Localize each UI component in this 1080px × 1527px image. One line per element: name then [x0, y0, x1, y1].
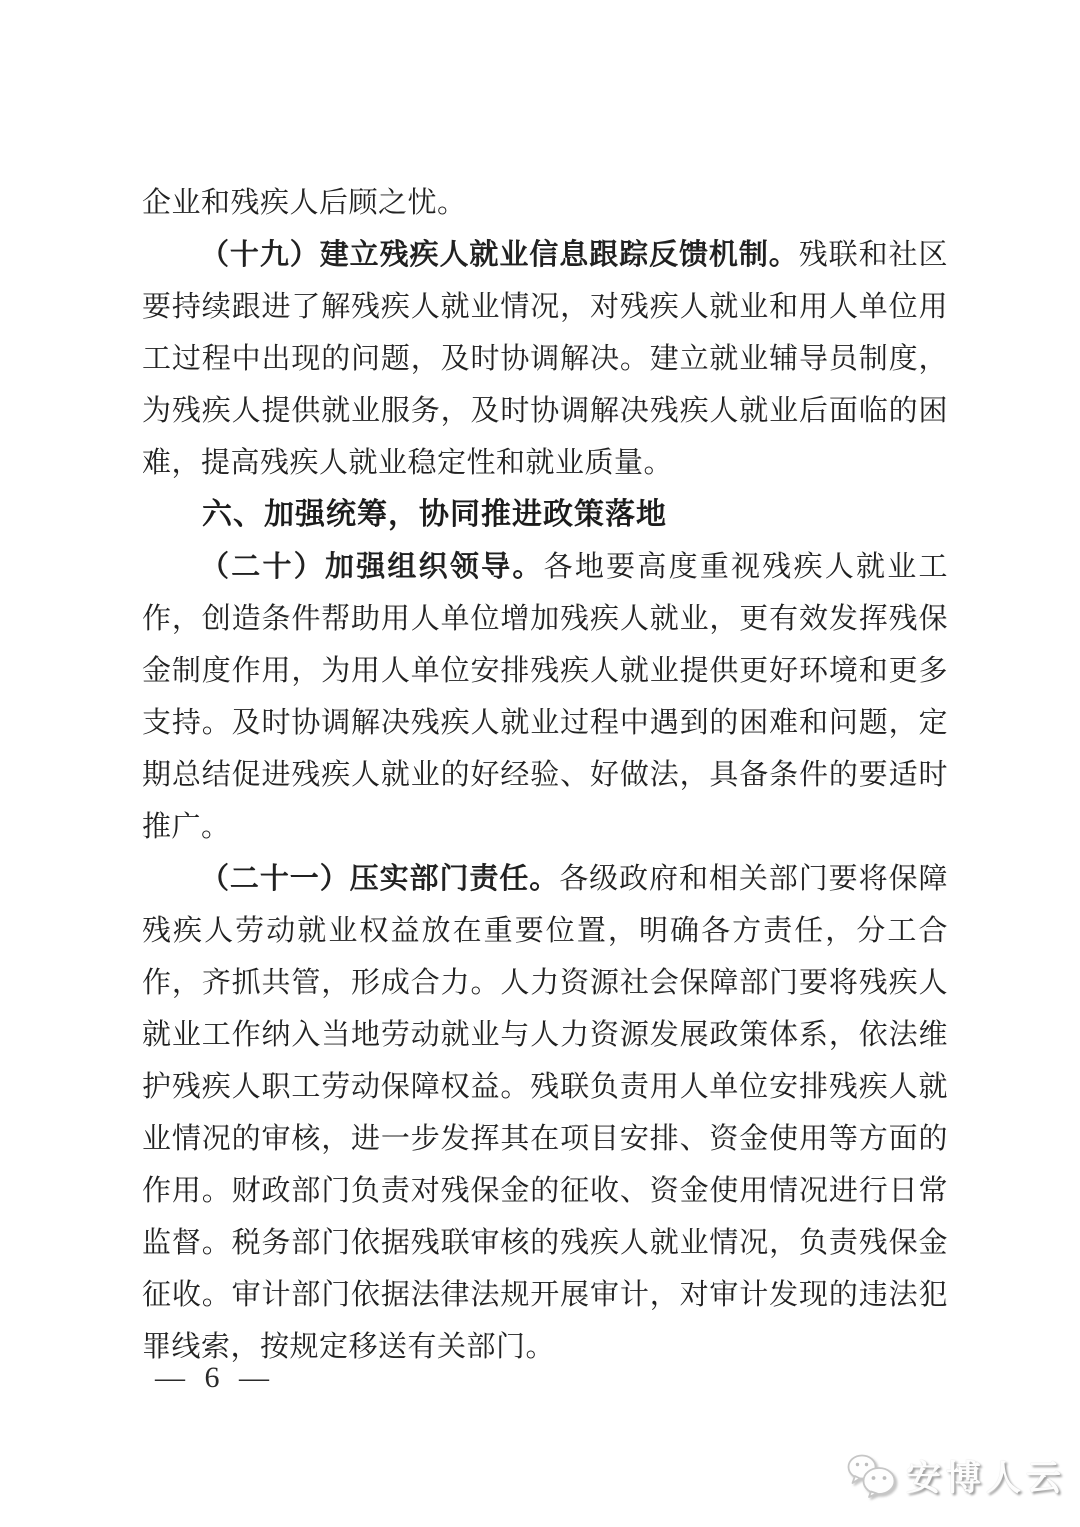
paragraph-continuation: 企业和残疾人后顾之忧。 — [142, 177, 948, 229]
paragraph-twenty-text: 各地要高度重视残疾人就业工作，创造条件帮助用人单位增加残疾人就业，更有效发挥残保… — [142, 551, 948, 843]
watermark: 安博人云 — [846, 1451, 1066, 1501]
paragraph-twenty-lead: （二十）加强组织领导。 — [200, 551, 544, 583]
wechat-icon — [846, 1454, 898, 1498]
paragraph-twenty-one-text: 各级政府和相关部门要将保障残疾人劳动就业权益放在重要位置，明确各方责任，分工合作… — [142, 863, 948, 1363]
document-page: 企业和残疾人后顾之忧。 （十九）建立残疾人就业信息跟踪反馈机制。残联和社区要持续… — [0, 0, 1080, 1527]
watermark-text: 安博人云 — [906, 1451, 1066, 1501]
document-body: 企业和残疾人后顾之忧。 （十九）建立残疾人就业信息跟踪反馈机制。残联和社区要持续… — [142, 177, 948, 1373]
paragraph-nineteen: （十九）建立残疾人就业信息跟踪反馈机制。残联和社区要持续跟进了解残疾人就业情况，… — [142, 229, 948, 489]
page-number: — 6 — — [155, 1358, 275, 1398]
paragraph-twenty-one: （二十一）压实部门责任。各级政府和相关部门要将保障残疾人劳动就业权益放在重要位置… — [142, 853, 948, 1373]
paragraph-nineteen-text: 残联和社区要持续跟进了解残疾人就业情况，对残疾人就业和用人单位用工过程中出现的问… — [142, 239, 948, 479]
paragraph-nineteen-lead: （十九）建立残疾人就业信息跟踪反馈机制。 — [200, 239, 799, 271]
section-heading-six: 六、加强统筹，协同推进政策落地 — [142, 489, 948, 541]
paragraph-twenty: （二十）加强组织领导。各地要高度重视残疾人就业工作，创造条件帮助用人单位增加残疾… — [142, 541, 948, 853]
paragraph-twenty-one-lead: （二十一）压实部门责任。 — [200, 863, 559, 895]
